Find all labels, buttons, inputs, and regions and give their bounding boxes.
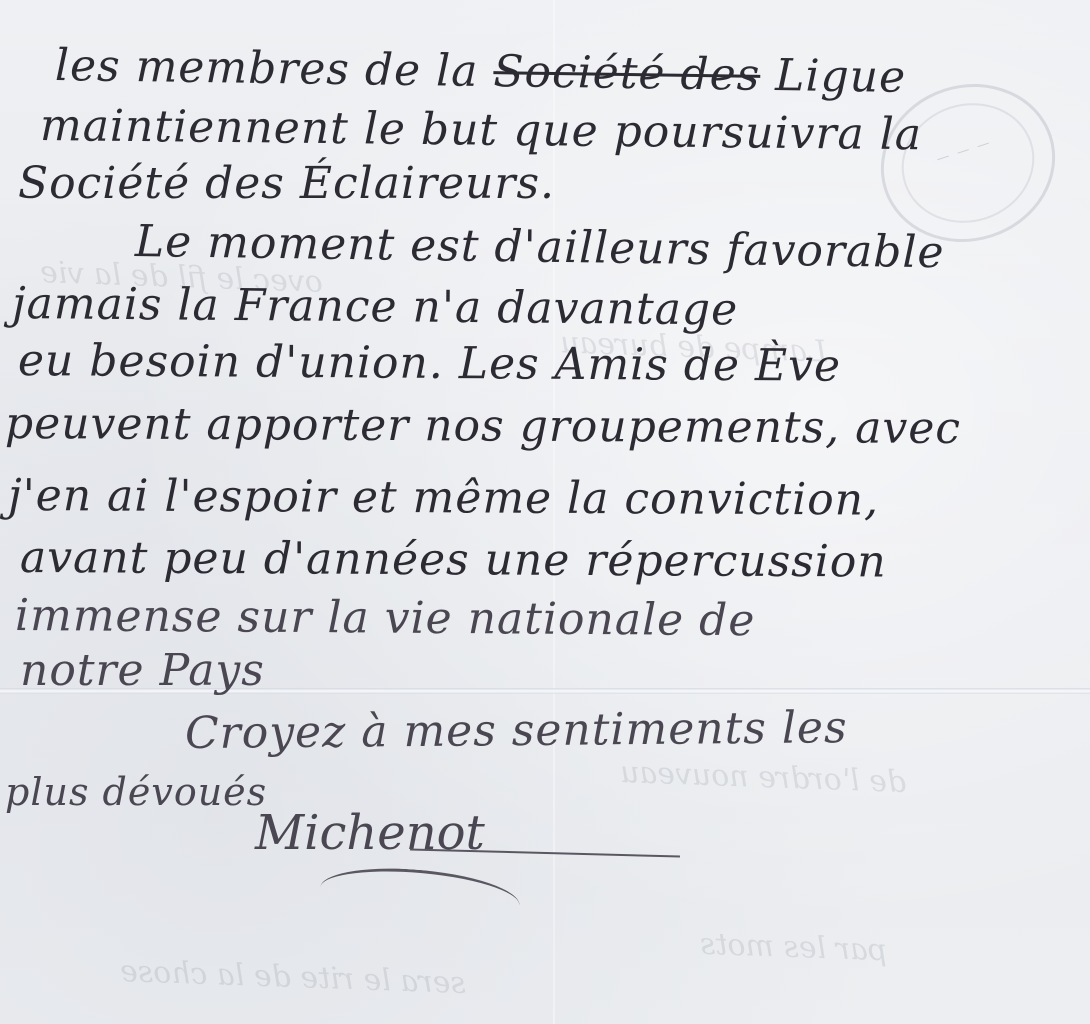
letter-line-2: maintiennent le but que poursuivra la [40, 100, 923, 160]
letter-line-11: notre Pays [20, 645, 265, 696]
signature: Michenot [255, 805, 485, 861]
line-text: les membres de la [55, 40, 494, 97]
letter-line-5: jamais la France n'a davantage [12, 278, 739, 335]
struck-through-word: Société des [493, 46, 761, 101]
line-text: Ligue [760, 50, 907, 103]
letter-line-9: avant peu d'années une répercussion [20, 532, 887, 588]
letter-line-3: Société des Éclaireurs. [18, 158, 555, 209]
letter-line-4: Le moment est d'ailleurs favorable [135, 216, 945, 278]
signature-flourish [318, 863, 521, 930]
ink-bleed-through: sera le rite de la chose [119, 954, 466, 1001]
ink-bleed-through: par les mots [699, 927, 887, 969]
letter-line-7: peuvent apporter nos groupements, avec [5, 398, 961, 454]
letter-line-1: les membres de la Société des Ligue [55, 40, 907, 103]
ink-bleed-through: de l'ordre nouveau [619, 755, 906, 800]
letter-line-8: j'en ai l'espoir et même la conviction, [8, 470, 879, 526]
letter-line-10: immense sur la vie nationale de [15, 590, 756, 646]
letter-page: ovec le fil de la vie Lampe de bureau de… [0, 0, 1090, 1024]
closing-line-1: Croyez à mes sentiments les [185, 702, 848, 759]
closing-line-2: plus dévoués [5, 770, 267, 814]
letter-line-6: eu besoin d'union. Les Amis de Ève [18, 335, 841, 392]
